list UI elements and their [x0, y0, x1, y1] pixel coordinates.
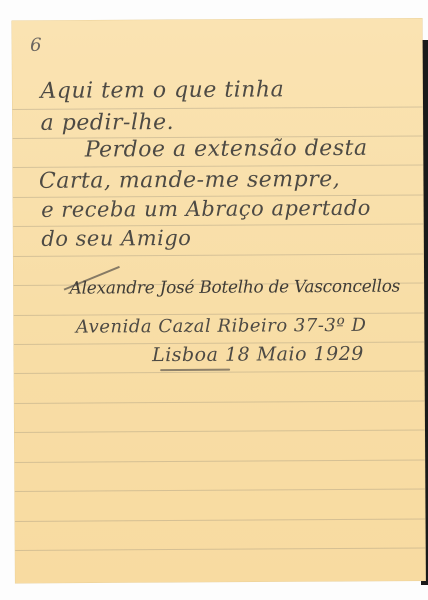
date-flourish	[160, 369, 230, 371]
rule-line	[14, 400, 424, 404]
body-line-1: Aqui tem o que tinha	[40, 77, 284, 103]
body-line-2: a pedir-lhe.	[41, 110, 175, 136]
scanned-page: 6 Aqui tem o que tinha a pedir-lhe. Perd…	[0, 0, 428, 600]
signature: Alexandre José Botelho de Vasconcellos	[70, 277, 401, 299]
rule-line	[14, 370, 424, 374]
rule-line	[15, 518, 425, 522]
page-number: 6	[30, 35, 42, 56]
sender-address: Avenida Cazal Ribeiro 37-3º D	[76, 315, 367, 338]
rule-line	[13, 106, 423, 110]
letter-sheet: 6 Aqui tem o que tinha a pedir-lhe. Perd…	[12, 18, 425, 582]
body-line-6: do seu Amigo	[41, 226, 191, 251]
rule-line	[15, 547, 425, 551]
place-and-date: Lisboa 18 Maio 1929	[152, 343, 364, 366]
rule-line	[13, 253, 423, 257]
body-line-5: e receba um Abraço apertado	[41, 196, 371, 222]
body-line-4: Carta, mande-me sempre,	[39, 167, 340, 194]
body-line-3: Perdoe a extensão desta	[85, 136, 368, 163]
rule-line	[15, 459, 425, 463]
rule-line	[15, 429, 425, 433]
rule-line	[15, 488, 425, 492]
